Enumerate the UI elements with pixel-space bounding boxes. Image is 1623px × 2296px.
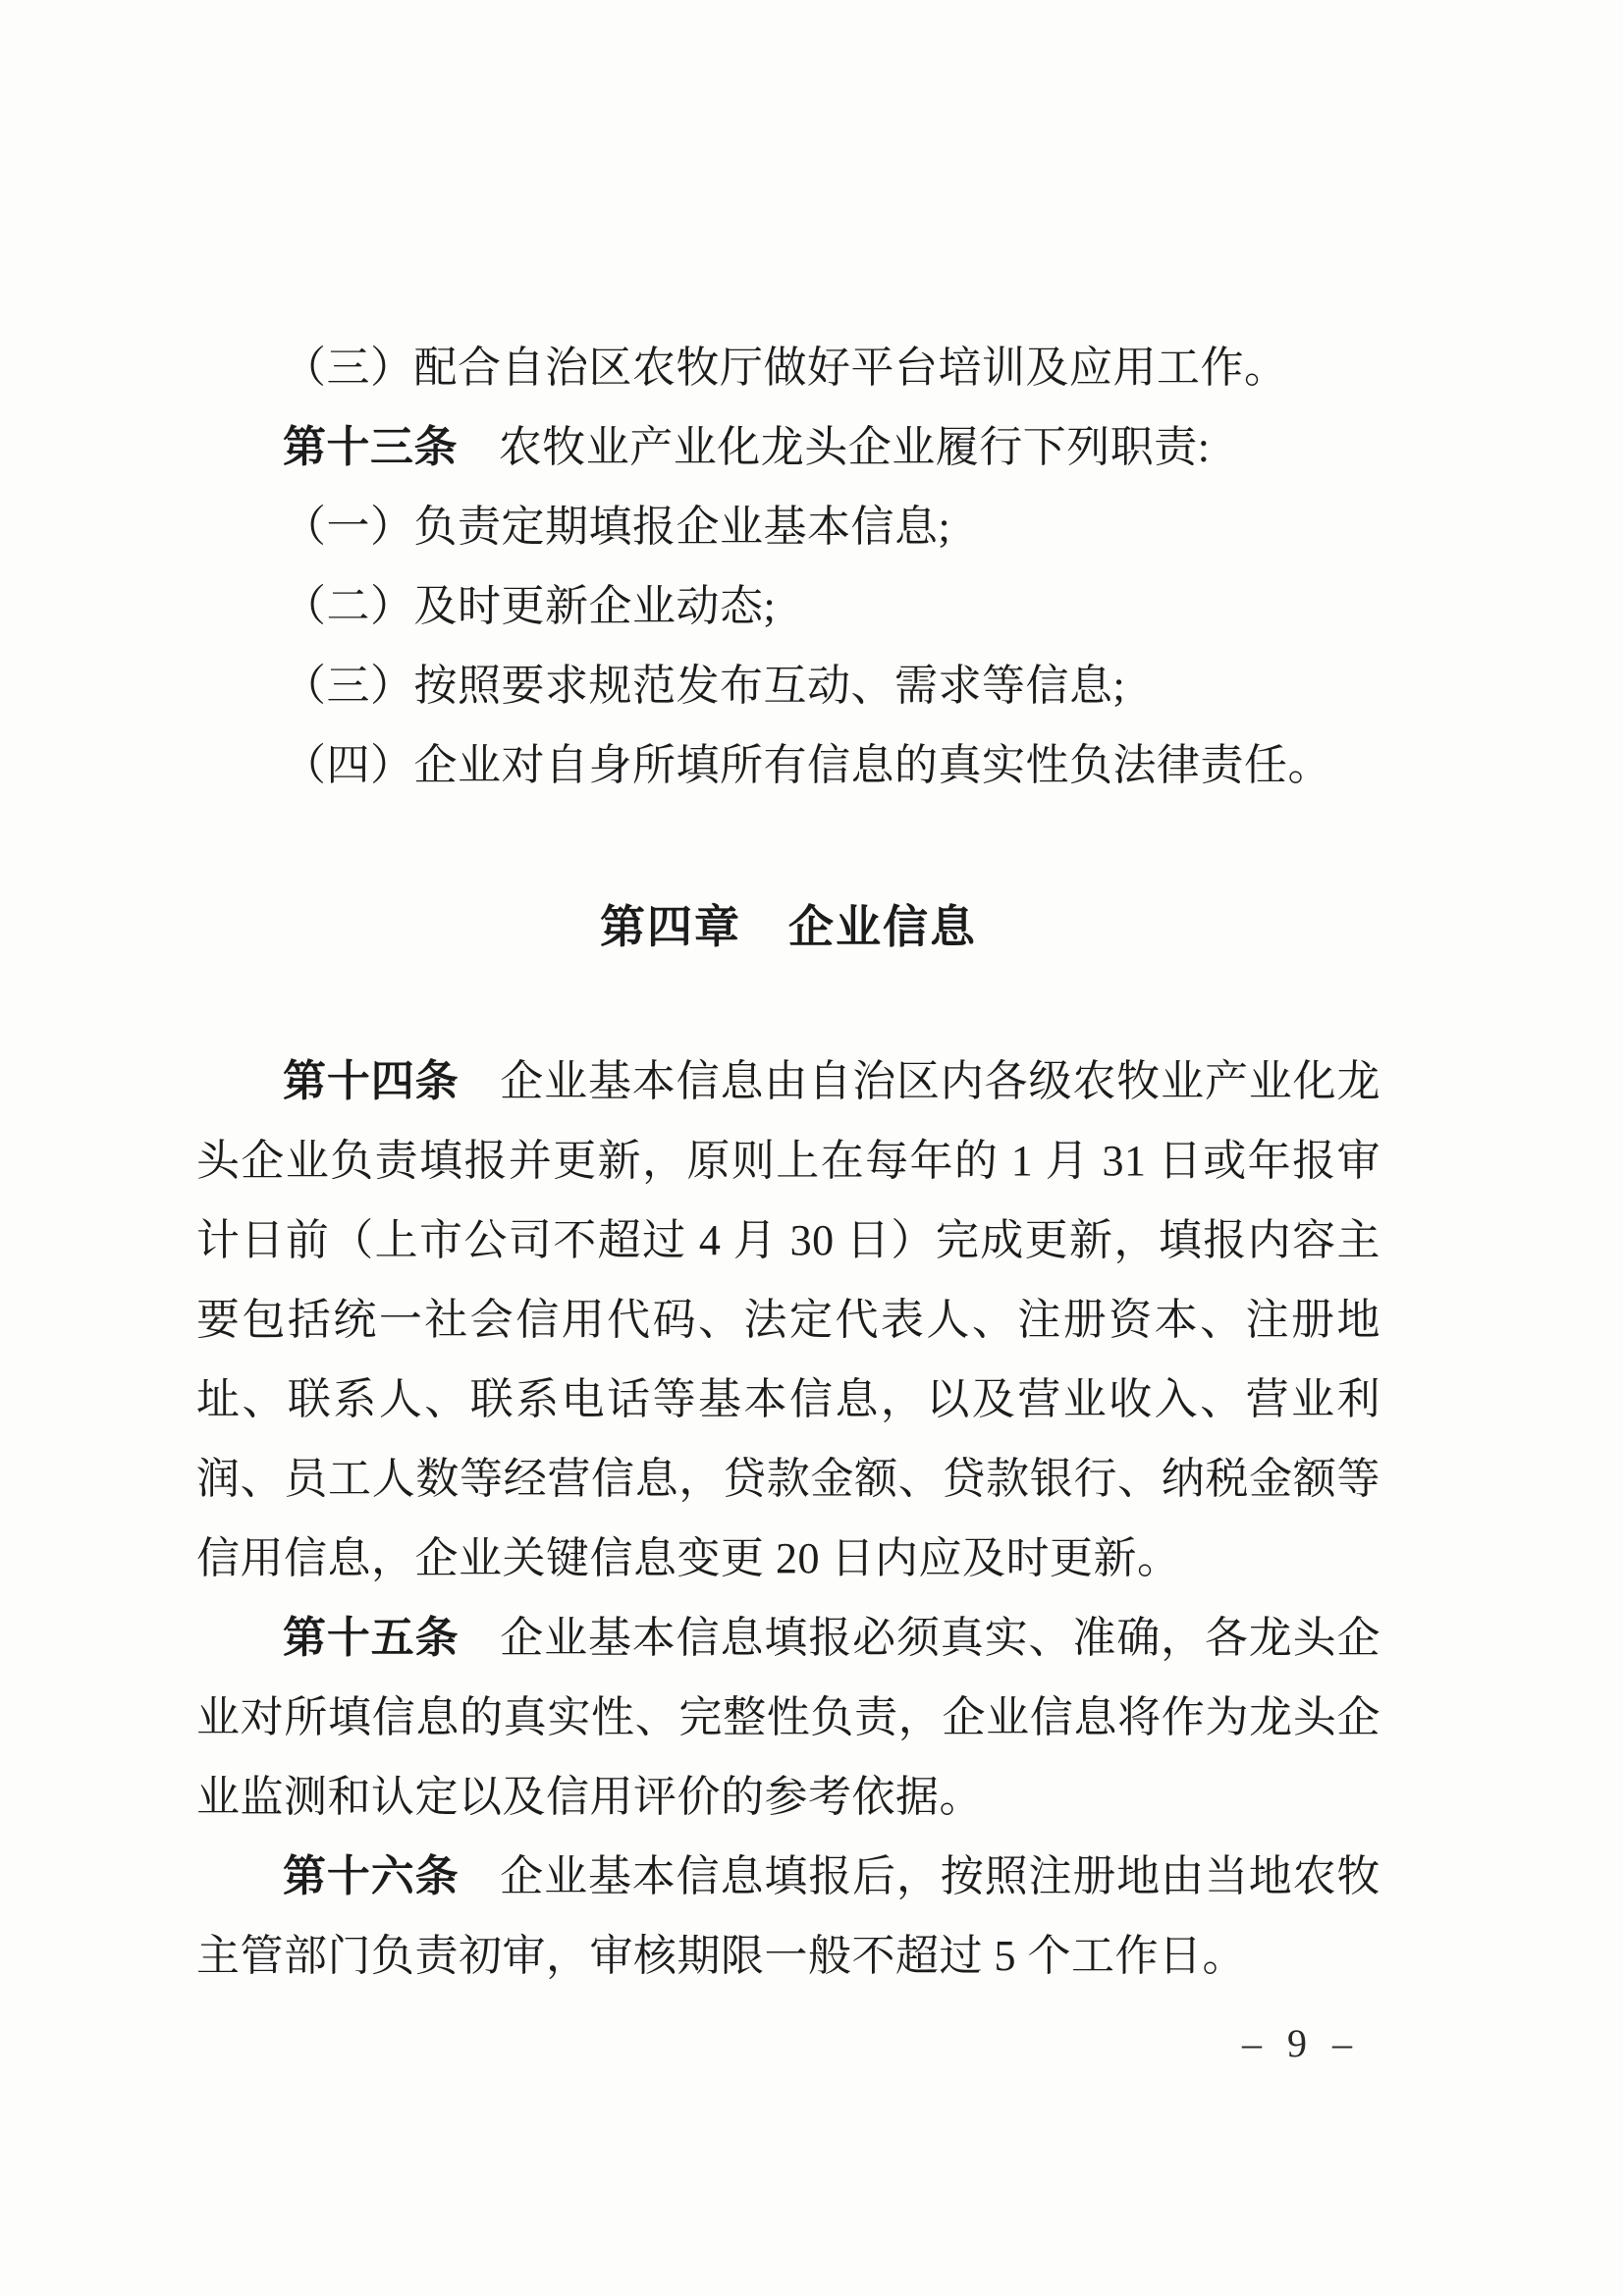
list-item: （三）配合自治区农牧厅做好平台培训及应用工作。 <box>196 328 1380 407</box>
article-text: 农牧业产业化龙头企业履行下列职责: <box>499 423 1211 471</box>
document-body: （三）配合自治区农牧厅做好平台培训及应用工作。 第十三条农牧业产业化龙头企业履行… <box>196 328 1380 1996</box>
article-paragraph: 第十五条企业基本信息填报必须真实、准确，各龙头企业对所填信息的真实性、完整性负责… <box>196 1598 1380 1837</box>
list-item: （三）按照要求规范发布互动、需求等信息; <box>196 646 1380 725</box>
list-item: （四）企业对自身所填所有信息的真实性负法律责任。 <box>196 725 1380 805</box>
list-item: （一）负责定期填报企业基本信息; <box>196 487 1380 566</box>
article-number-label: 第十三条 <box>283 423 458 471</box>
article-text: 企业基本信息由自治区内各级农牧业产业化龙头企业负责填报并更新，原则上在每年的 1… <box>196 1057 1380 1582</box>
article-number-label: 第十六条 <box>283 1852 459 1900</box>
list-item: （二）及时更新企业动态; <box>196 566 1380 646</box>
article-number-label: 第十五条 <box>283 1614 459 1662</box>
article-number-label: 第十四条 <box>283 1057 459 1105</box>
document-page: （三）配合自治区农牧厅做好平台培训及应用工作。 第十三条农牧业产业化龙头企业履行… <box>0 0 1623 2296</box>
article-paragraph: 第十六条企业基本信息填报后，按照注册地由当地农牧主管部门负责初审，审核期限一般不… <box>196 1837 1380 1996</box>
chapter-heading: 第四章 企业信息 <box>196 887 1380 967</box>
article-paragraph: 第十四条企业基本信息由自治区内各级农牧业产业化龙头企业负责填报并更新，原则上在每… <box>196 1041 1380 1598</box>
article-paragraph: 第十三条农牧业产业化龙头企业履行下列职责: <box>196 407 1380 487</box>
page-number: – 9 – <box>1242 2020 1360 2066</box>
